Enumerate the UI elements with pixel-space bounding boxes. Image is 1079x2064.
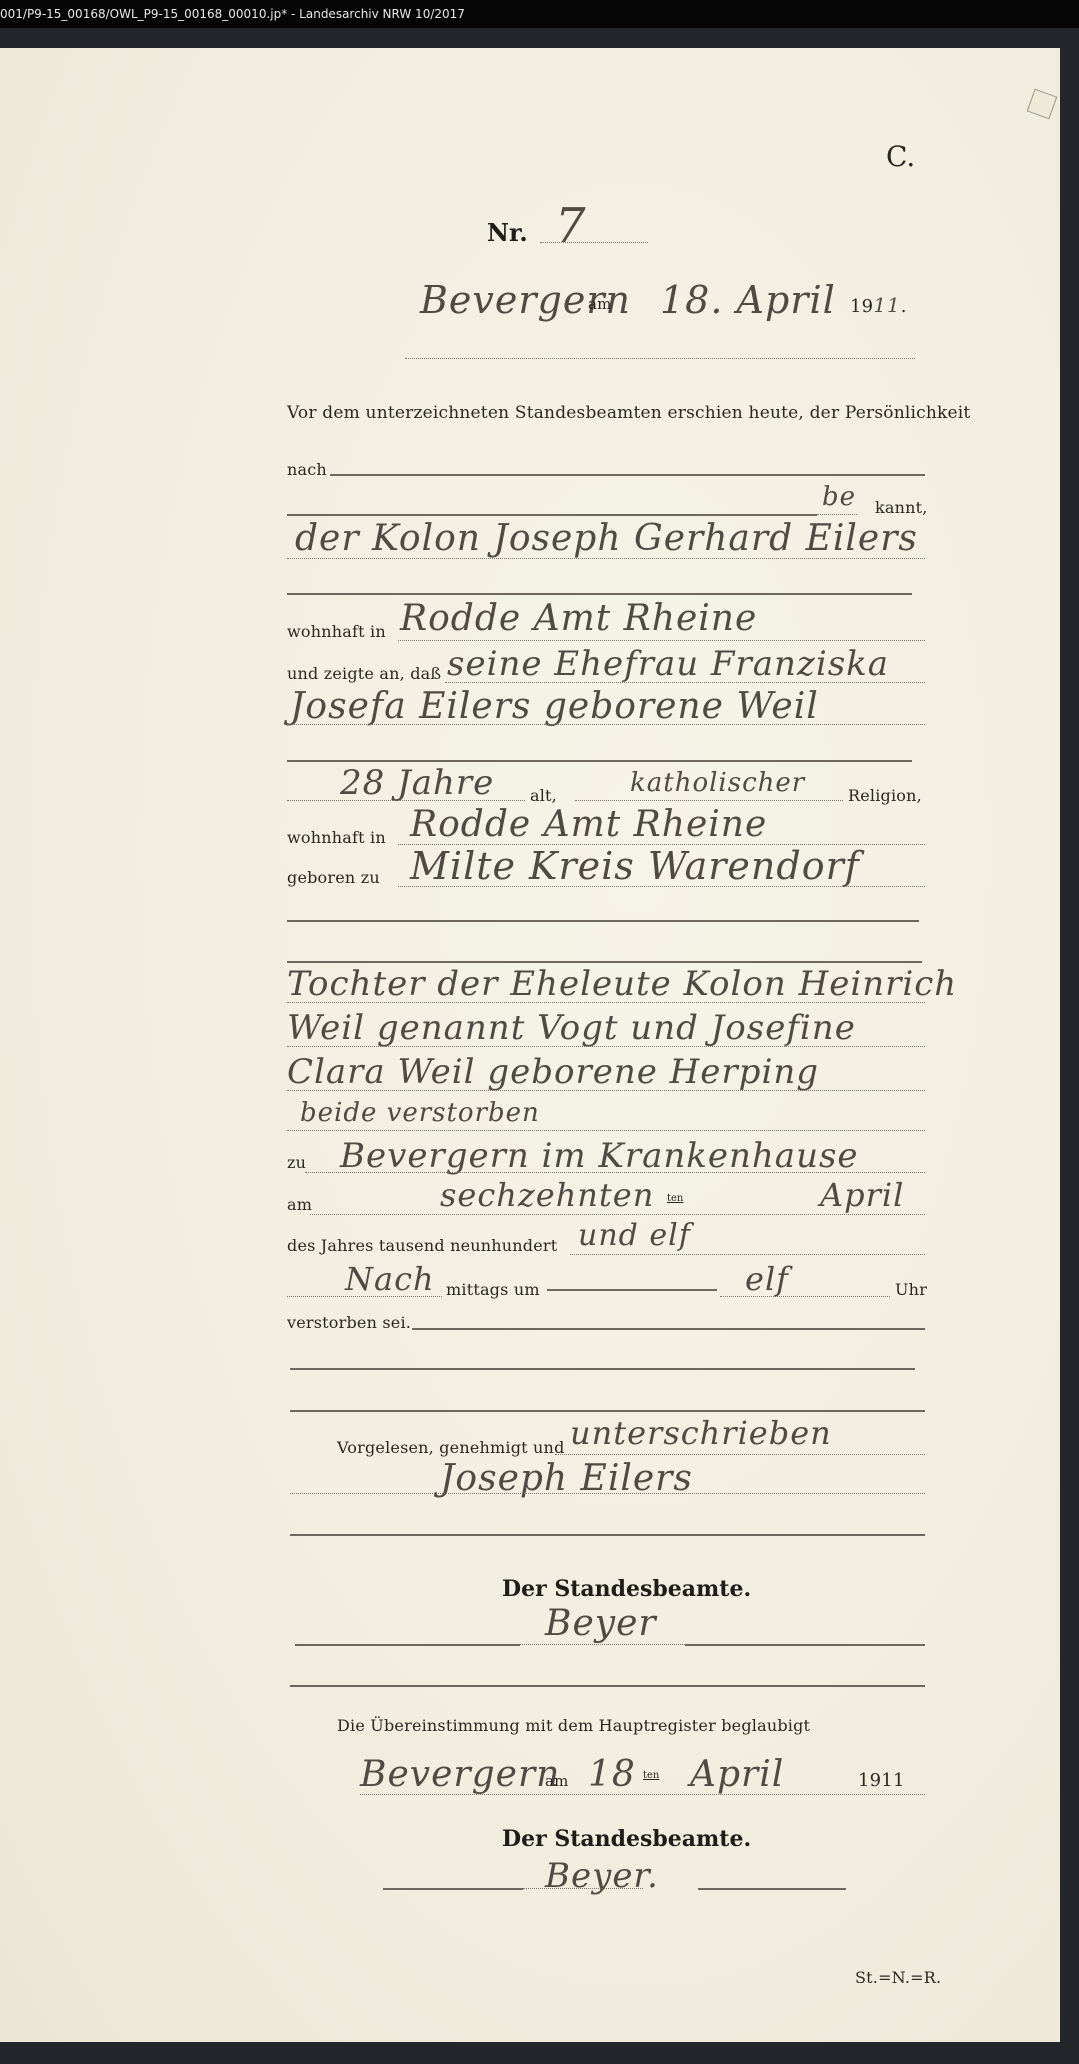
wohnhaft-label-1: wohnhaft in bbox=[287, 622, 386, 641]
vorgelesen-value: unterschrieben bbox=[570, 1414, 832, 1452]
deceased-line-2: Josefa Eilers geborene Weil bbox=[290, 686, 819, 727]
time-prefix: Nach bbox=[345, 1260, 435, 1298]
declarant-name: der Kolon Joseph Gerhard Eilers bbox=[295, 518, 918, 559]
geboren-label: geboren zu bbox=[287, 868, 380, 887]
intro-text: Vor dem unterzeichneten Standesbeamten e… bbox=[287, 403, 970, 423]
zu-label: zu bbox=[287, 1153, 306, 1172]
window-title-bar: 001/P9-15_00168/OWL_P9-15_00168_00010.jp… bbox=[0, 0, 1079, 28]
form-code: St.=N.=R. bbox=[855, 1968, 941, 1987]
parents-line-1: Tochter der Eheleute Kolon Heinrich bbox=[287, 964, 957, 1004]
number-value: 7 bbox=[555, 198, 587, 254]
date-handwritten: 18. April bbox=[660, 278, 836, 322]
wohnhaft-value-2: Rodde Amt Rheine bbox=[410, 804, 767, 845]
year-handwritten: 11 bbox=[873, 293, 900, 317]
bekannt-printed: kannt, bbox=[875, 498, 928, 517]
time-value: elf bbox=[745, 1260, 789, 1298]
wohnhaft-value-1: Rodde Amt Rheine bbox=[400, 598, 757, 639]
religion-label: Religion, bbox=[848, 786, 922, 805]
year-label: des Jahres tausend neunhundert bbox=[287, 1236, 557, 1255]
cert-place: Bevergern bbox=[360, 1754, 560, 1795]
am-label: am bbox=[588, 295, 612, 313]
alt-label: alt, bbox=[530, 786, 557, 805]
am-month: April bbox=[820, 1176, 904, 1214]
cert-year: 1911 bbox=[858, 1770, 905, 1791]
age-value: 28 Jahre bbox=[340, 763, 494, 803]
period: . bbox=[901, 296, 907, 317]
year-value: und elf bbox=[578, 1218, 691, 1253]
certification-text: Die Übereinstimmung mit dem Hauptregiste… bbox=[337, 1716, 810, 1735]
nach-label: nach bbox=[287, 460, 327, 479]
registrar-heading-1: Der Standesbeamte. bbox=[502, 1576, 751, 1602]
mittags-label: mittags um bbox=[446, 1280, 540, 1299]
year-printed: 19 bbox=[850, 296, 873, 317]
cert-am: am bbox=[545, 1772, 569, 1790]
parents-line-4: beide verstorben bbox=[300, 1098, 540, 1128]
window-title: 001/P9-15_00168/OWL_P9-15_00168_00010.jp… bbox=[0, 7, 465, 21]
geboren-value: Milte Kreis Warendorf bbox=[410, 844, 860, 888]
verstorben-label: verstorben sei. bbox=[287, 1313, 411, 1332]
wohnhaft-label-2: wohnhaft in bbox=[287, 828, 386, 847]
religion-value: katholischer bbox=[630, 768, 805, 798]
registrar-heading-2: Der Standesbeamte. bbox=[502, 1826, 751, 1852]
cert-day: 18 bbox=[588, 1754, 636, 1795]
registrar-signature-2: Beyer. bbox=[545, 1856, 659, 1896]
cert-ten: ten bbox=[643, 1770, 659, 1781]
parents-line-2: Weil genannt Vogt und Josefine bbox=[287, 1008, 856, 1048]
number-label: Nr. bbox=[487, 218, 528, 247]
am-label-death: am bbox=[287, 1195, 312, 1214]
zeigte-label: und zeigte an, daß bbox=[287, 664, 441, 683]
deceased-line-1: seine Ehefrau Franziska bbox=[447, 644, 889, 684]
ten-suffix: ten bbox=[667, 1193, 683, 1204]
zu-value: Bevergern im Krankenhause bbox=[340, 1136, 859, 1176]
parents-line-3: Clara Weil geborene Herping bbox=[287, 1052, 819, 1092]
am-value: sechzehnten bbox=[440, 1176, 654, 1214]
paper-corner-fold bbox=[1027, 89, 1058, 120]
registrar-signature-1: Beyer bbox=[545, 1603, 657, 1644]
document-page: C. Nr. 7 Bevergern am 18. April 1911. Vo… bbox=[0, 48, 1060, 2042]
vorgelesen-label: Vorgelesen, genehmigt und bbox=[337, 1438, 565, 1457]
uhr-label: Uhr bbox=[895, 1280, 927, 1299]
bekannt-handwritten: be bbox=[822, 482, 856, 512]
cert-month: April bbox=[690, 1754, 784, 1795]
form-letter: C. bbox=[886, 140, 915, 173]
